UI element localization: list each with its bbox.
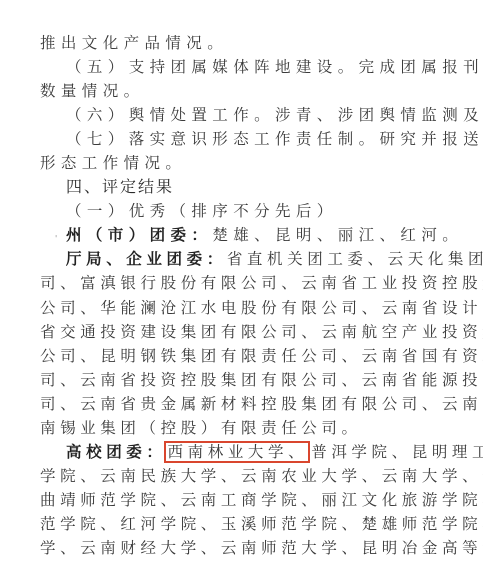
universities-line: 学院、云南民族大学、云南农业大学、云南大学、云南艺术学院、 xyxy=(0,464,483,488)
universities-line: 曲靖师范学院、云南工商学院、丽江文化旅游学院、滇西科技师 xyxy=(0,488,483,512)
departments-list-start: 省直机关团工委、云天化集团有限责任公 xyxy=(227,250,483,268)
departments-line: 司、富滇银行股份有限公司、云南省工业投资控股集团有限责任 xyxy=(0,271,483,295)
universities-line: 学、云南财经大学、云南师范大学、昆明冶金高等专科学校、云 xyxy=(0,536,483,560)
universities-line: 范学院、红河学院、玉溪师范学院、楚雄师范学院、昆明医科大 xyxy=(0,512,483,536)
departments-line: 司、云南省投资控股集团有限公司、云南省能源投资集团有限公 xyxy=(0,368,483,392)
document-page: 推出文化产品情况。 （五）支持团属媒体阵地建设。完成团属报刊杂志征订建议 数量情… xyxy=(0,31,483,560)
departments-line: 厅局、企业团委：省直机关团工委、云天化集团有限责任公 xyxy=(0,247,483,271)
universities-label: 高校团委： xyxy=(66,442,167,461)
section-six-line: （六）舆情处置工作。涉青、涉团舆情监测及处置情况。 xyxy=(0,103,483,127)
departments-line: 南锡业集团（控股）有限责任公司。 xyxy=(0,416,483,440)
paragraph-line: 形态工作情况。 xyxy=(0,151,483,175)
prefecture-list: 楚雄、昆明、丽江、红河。 xyxy=(212,226,463,244)
departments-line: 公司、昆明钢铁集团有限责任公司、云南省国有资本运营有限公 xyxy=(0,344,483,368)
highlighted-university: 西南林业大学、 xyxy=(164,441,311,463)
section-five-line: （五）支持团属媒体阵地建设。完成团属报刊杂志征订建议 xyxy=(0,55,483,79)
prefecture-label: 州（市）团委： xyxy=(66,225,212,244)
section-seven-line: （七）落实意识形态工作责任制。研究并报送各自领域意识 xyxy=(0,127,483,151)
universities-list-start: 普洱学院、昆明理工大学、昆明 xyxy=(311,443,483,461)
section-heading-results: 四、评定结果 xyxy=(0,175,483,199)
departments-line: 公司、华能澜沧江水电股份有限公司、云南省设计院集团、云南 xyxy=(0,296,483,320)
prefecture-line: ' 州（市）团委：楚雄、昆明、丽江、红河。 xyxy=(0,223,483,247)
paragraph-line: 数量情况。 xyxy=(0,79,483,103)
departments-line: 省交通投资建设集团有限公司、云南航空产业投资集团有限责任 xyxy=(0,320,483,344)
paragraph-line: 推出文化产品情况。 xyxy=(0,31,483,55)
departments-label: 厅局、企业团委： xyxy=(66,249,227,268)
departments-line: 司、云南省贵金属新材料控股集团有限公司、云南电网公司、云 xyxy=(0,392,483,416)
universities-line: 高校团委：西南林业大学、普洱学院、昆明理工大学、昆明 xyxy=(0,440,483,464)
subsection-excellent: （一）优秀（排序不分先后） xyxy=(0,199,483,223)
